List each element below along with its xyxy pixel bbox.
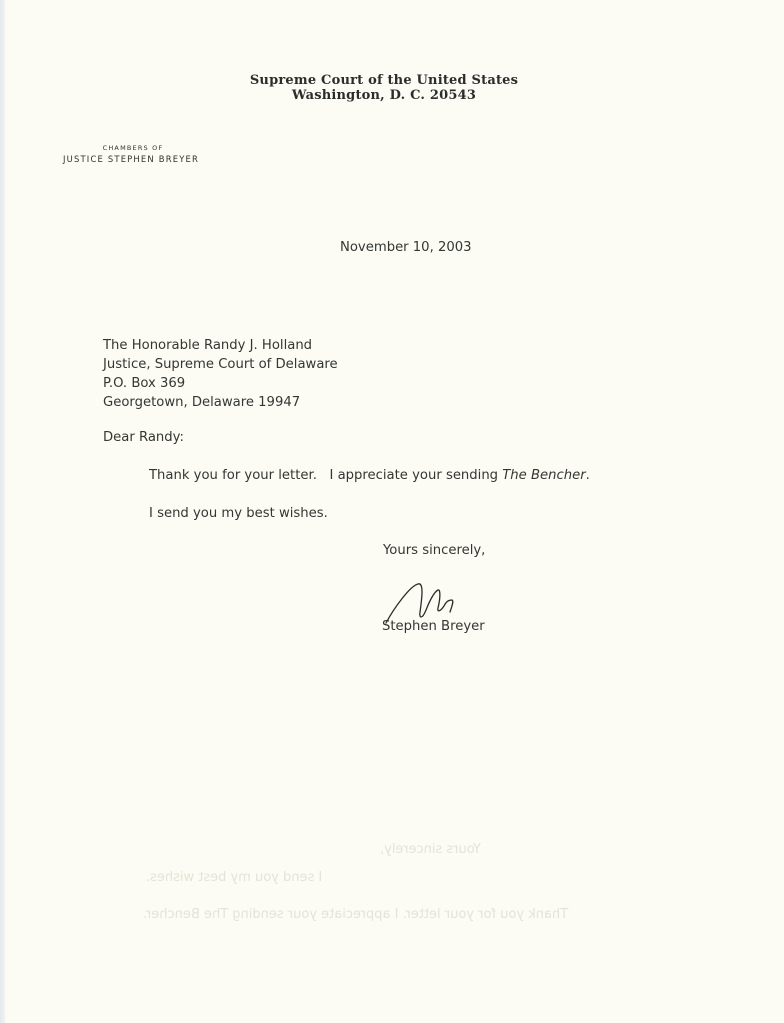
salutation: Dear Randy: (103, 430, 184, 445)
publication-title: The Bencher (502, 468, 585, 483)
recipient-line: The Honorable Randy J. Holland (103, 336, 338, 355)
recipient-line: P.O. Box 369 (103, 374, 338, 393)
paragraph-1-text: Thank you for your letter. I appreciate … (149, 468, 502, 483)
recipient-line: Georgetown, Delaware 19947 (103, 393, 338, 412)
chambers-justice-name: JUSTICE STEPHEN BREYER (0, 153, 266, 166)
recipient-line: Justice, Supreme Court of Delaware (103, 355, 338, 374)
chambers-label: CHAMBERS OF (0, 143, 266, 153)
body-paragraph-2: I send you my best wishes. (149, 506, 328, 521)
chambers-block: CHAMBERS OF JUSTICE STEPHEN BREYER (0, 143, 266, 166)
closing: Yours sincerely, (383, 543, 485, 558)
letterhead-court-name: Supreme Court of the United States (0, 73, 776, 88)
body-paragraph-1: Thank you for your letter. I appreciate … (149, 468, 590, 483)
signer-name: Stephen Breyer (382, 619, 485, 634)
letterhead-address: Washington, D. C. 20543 (0, 88, 776, 103)
paragraph-1-end: . (586, 468, 590, 483)
recipient-address: The Honorable Randy J. Holland Justice, … (103, 336, 338, 412)
bleed-through-text: I send you my best wishes. (146, 870, 322, 885)
bleed-through-text: Yours sincerely, (380, 842, 481, 857)
letter-date: November 10, 2003 (340, 240, 472, 255)
bleed-through-text: Thank you for your letter. I appreciate … (143, 907, 568, 922)
letterhead: Supreme Court of the United States Washi… (0, 73, 776, 103)
